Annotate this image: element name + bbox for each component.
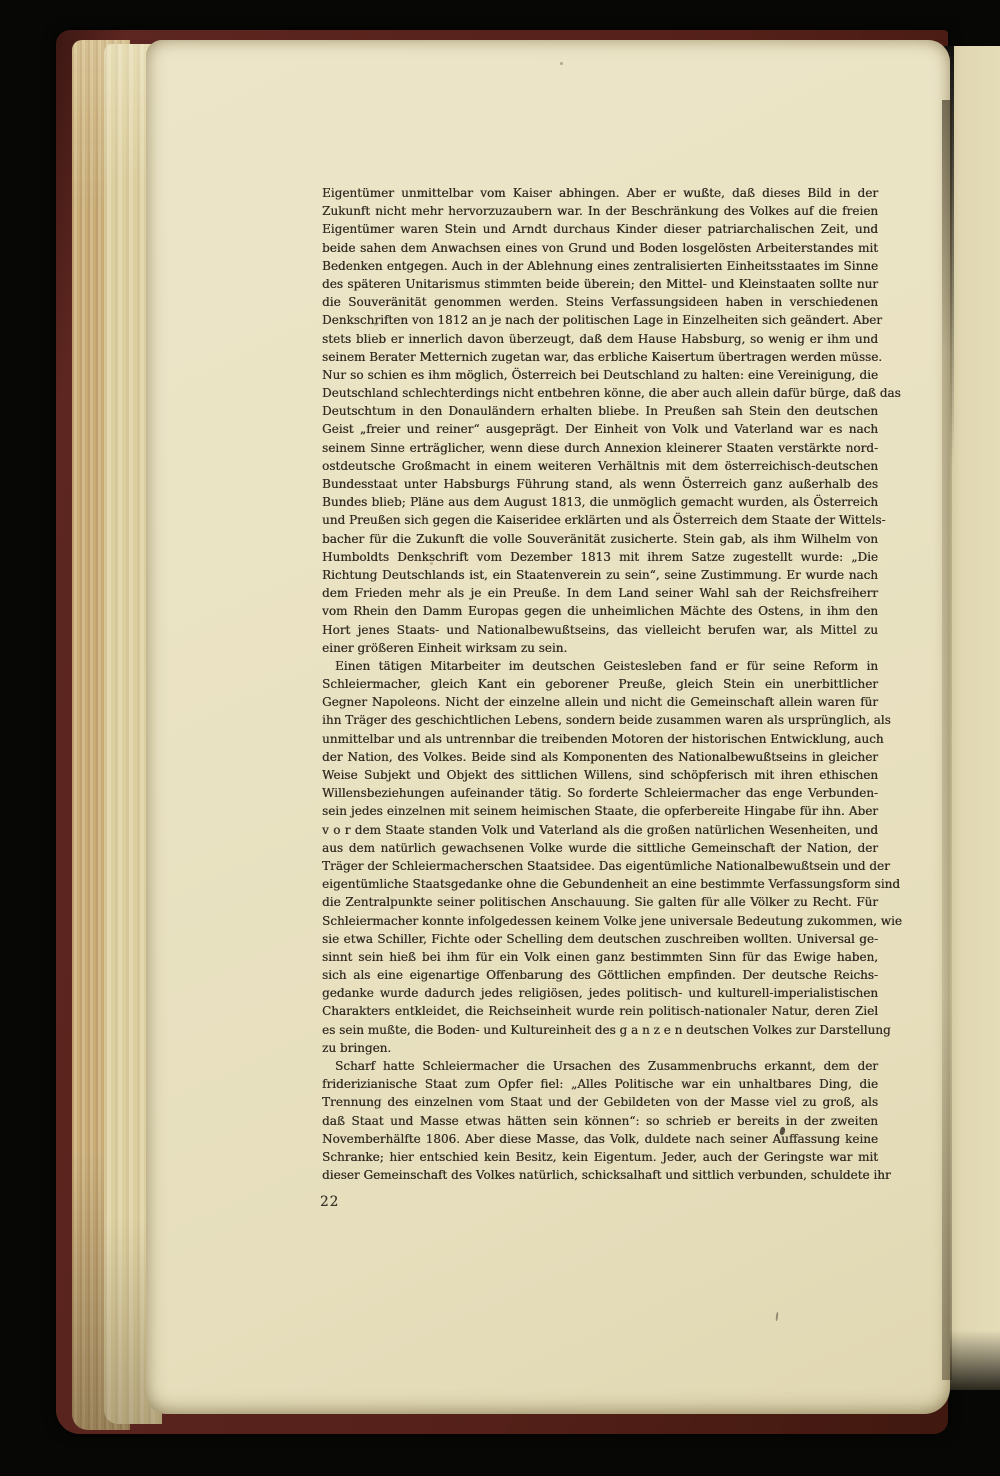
text-line: Denkschriften von 1812 an je nach der po… (322, 311, 878, 329)
text-line: Deutschtum in den Donauländern erhalten … (322, 402, 878, 420)
text-line: Nur so schien es ihm möglich, Österreich… (322, 366, 878, 384)
text-line: Weise Subjekt und Objekt des sittlichen … (322, 766, 878, 784)
text-line: Novemberhälfte 1806. Aber diese Masse, d… (322, 1130, 878, 1148)
text-line: des späteren Unitarismus stimmten beide … (322, 275, 878, 293)
text-line: Willensbeziehungen aufeinander tätig. So… (322, 784, 878, 802)
text-line: der Nation, des Volkes. Beide sind als K… (322, 748, 878, 766)
text-line: eigentümliche Staatsgedanke ohne die Geb… (322, 875, 878, 893)
text-line: Schleiermacher, gleich Kant ein geborene… (322, 675, 878, 693)
page-number: 22 (320, 1194, 339, 1210)
text-line: dieser Gemeinschaft des Volkes natürlich… (322, 1166, 878, 1184)
text-line: Eigentümer waren Stein und Arndt durchau… (322, 220, 878, 238)
text-line: Humboldts Denkschrift vom Dezember 1813 … (322, 548, 878, 566)
text-line: Gegner Napoleons. Nicht der einzelne all… (322, 693, 878, 711)
text-line: Eigentümer unmittelbar vom Kaiser abhing… (322, 184, 878, 202)
text-line: stets blieb er innerlich davon überzeugt… (322, 330, 878, 348)
text-line: dem Frieden mehr als je ein Preuße. In d… (322, 584, 878, 602)
text-line: Einen tätigen Mitarbeiter im deutschen G… (322, 657, 878, 675)
text-line: vom Rhein den Damm Europas gegen die unh… (322, 602, 878, 620)
text-line: es sein mußte, die Boden- und Kultureinh… (322, 1021, 878, 1039)
text-line: gedanke wurde dadurch jedes religiösen, … (322, 984, 878, 1002)
text-line: sinnt sein hieß bei ihm für ein Volk ein… (322, 948, 878, 966)
text-line: v o r dem Staate standen Volk und Vaterl… (322, 821, 878, 839)
text-line: einer größeren Einheit wirksam zu sein. (322, 639, 878, 657)
text-line: Bundesstaat unter Habsburgs Führung stan… (322, 475, 878, 493)
page-blemish (560, 62, 563, 65)
text-line: und Preußen sich gegen die Kaiseridee er… (322, 511, 878, 529)
body-text: Eigentümer unmittelbar vom Kaiser abhing… (322, 184, 878, 1184)
text-line: Deutschland schlechterdings nicht entbeh… (322, 384, 878, 402)
text-line: Zukunft nicht mehr hervorzuzaubern war. … (322, 202, 878, 220)
book-photo: Eigentümer unmittelbar vom Kaiser abhing… (0, 0, 1000, 1476)
text-line: Trennung des einzelnen vom Staat und der… (322, 1093, 878, 1111)
page-blemish (374, 322, 378, 326)
text-line: Bundes blieb; Pläne aus dem August 1813,… (322, 493, 878, 511)
text-line: seinem Sinne erträglicher, wenn diese du… (322, 439, 878, 457)
text-line: sein jedes einzelnen mit seinem heimisch… (322, 802, 878, 820)
text-line: aus dem natürlich gewachsenen Volke wurd… (322, 839, 878, 857)
text-line: beide sahen dem Anwachsen eines von Grun… (322, 239, 878, 257)
text-line: Schranke; hier entschied kein Besitz, ke… (322, 1148, 878, 1166)
text-line: Geist „freier und reiner“ ausgeprägt. De… (322, 420, 878, 438)
text-line: Bedenken entgegen. Auch in der Ablehnung… (322, 257, 878, 275)
text-line: Träger der Schleiermacherschen Staatside… (322, 857, 878, 875)
text-line: Charakters entkleidet, die Reichseinheit… (322, 1002, 878, 1020)
text-line: friderizianische Staat zum Opfer fiel: „… (322, 1075, 878, 1093)
text-line: ostdeutsche Großmacht in einem weiteren … (322, 457, 878, 475)
text-line: bacher für die Zukunft die volle Souverä… (322, 530, 878, 548)
text-line: sich als eine eigenartige Offenbarung de… (322, 966, 878, 984)
text-line: Schleiermacher konnte infolgedessen kein… (322, 912, 878, 930)
text-line: seinem Berater Metternich zugetan war, d… (322, 348, 878, 366)
text-line: daß Staat und Masse etwas hätten sein kö… (322, 1112, 878, 1130)
text-line: Hort jenes Staats- und Nationalbewußtsei… (322, 621, 878, 639)
text-line: sie etwa Schiller, Fichte oder Schelling… (322, 930, 878, 948)
text-line: Scharf hatte Schleiermacher die Ursachen… (322, 1057, 878, 1075)
text-line: die Zentralpunkte seiner politischen Ans… (322, 893, 878, 911)
text-line: die Souveränität genommen werden. Steins… (322, 293, 878, 311)
page-blemish (430, 562, 433, 565)
text-line: zu bringen. (322, 1039, 878, 1057)
text-line: unmittelbar und als untrennbar die treib… (322, 730, 878, 748)
text-line: Richtung Deutschlands ist, ein Staatenve… (322, 566, 878, 584)
text-line: ihn Träger des geschichtlichen Lebens, s… (322, 711, 878, 729)
book-page: Eigentümer unmittelbar vom Kaiser abhing… (146, 40, 950, 1414)
